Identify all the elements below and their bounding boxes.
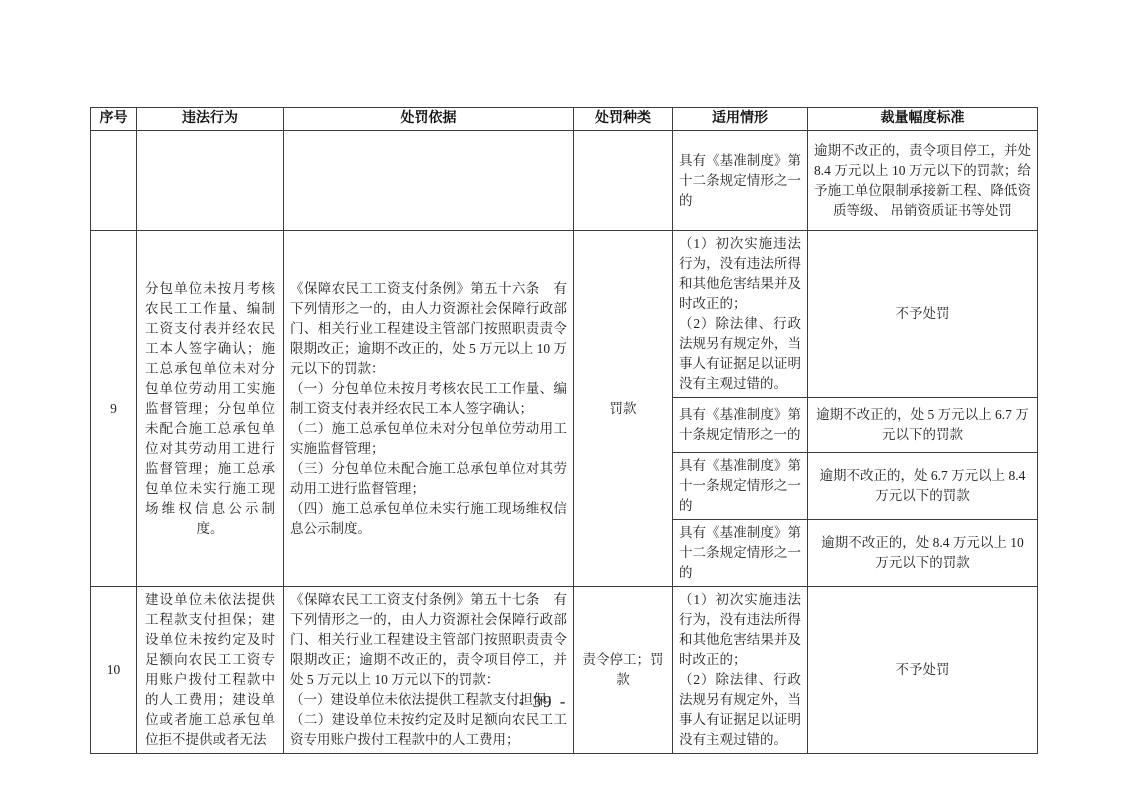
- penalty-rule-table: 序号 违法行为 处罚依据 处罚种类 适用情形 裁量幅度标准 具有《基准制度》第十…: [90, 107, 1038, 754]
- basis-paragraph: 《保障农民工工资支付条例》第五十七条 有下列情形之一的，由人力资源社会保障行政部…: [290, 590, 567, 690]
- basis-paragraph: （一）分包单位未按月考核农民工工作量、编制工资支付表并经农民工本人签字确认；: [290, 379, 567, 419]
- carryover-no-cell: [91, 131, 137, 231]
- carryover-standard-cell: 逾期不改正的，责令项目停工，并处 8.4 万元以上 10 万元以下的罚款；给予施…: [808, 131, 1038, 231]
- basis-paragraph: （二）建设单位未按约定及时足额向农民工工资专用账户拨付工程款中的人工费用；: [290, 710, 567, 750]
- row10-basis-cell: 《保障农民工工资支付条例》第五十七条 有下列情形之一的，由人力资源社会保障行政部…: [284, 587, 574, 754]
- row9-behavior-cell: 分包单位未按月考核农民工工作量、编制工资支付表并经农民工本人签字确认；施工总承包…: [137, 231, 284, 587]
- col-header-no: 序号: [91, 108, 137, 131]
- col-header-situation: 适用情形: [673, 108, 808, 131]
- row9-standard-cell-3: 逾期不改正的，处 6.7 万元以上 8.4 万元以下的罚款: [808, 453, 1038, 520]
- col-header-type: 处罚种类: [574, 108, 673, 131]
- row10-no-cell: 10: [91, 587, 137, 754]
- row-10: 10 建设单位未依法提供工程款支付担保；建设单位未按约定及时足额向农民工工资专用…: [91, 587, 1038, 754]
- row9-situation-cell-1: （1）初次实施违法行为，没有违法所得和其他危害结果并及时改正的； （2）除法律、…: [673, 231, 808, 398]
- basis-paragraph: （三）分包单位未配合施工总承包单位对其劳动用工进行监督管理；: [290, 459, 567, 499]
- row9-situation-cell-4: 具有《基准制度》第十二条规定情形之一的: [673, 520, 808, 587]
- col-header-behavior: 违法行为: [137, 108, 284, 131]
- row10-situation-cell: （1）初次实施违法行为，没有违法所得和其他危害结果并及时改正的； （2）除法律、…: [673, 587, 808, 754]
- col-header-basis: 处罚依据: [284, 108, 574, 131]
- table-header-row: 序号 违法行为 处罚依据 处罚种类 适用情形 裁量幅度标准: [91, 108, 1038, 131]
- row9-situation-cell-3: 具有《基准制度》第十一条规定情形之一的: [673, 453, 808, 520]
- carryover-basis-cell: [284, 131, 574, 231]
- carryover-type-cell: [574, 131, 673, 231]
- situation-paragraph: （1）初次实施违法行为，没有违法所得和其他危害结果并及时改正的；: [679, 590, 801, 670]
- row10-standard-cell: 不予处罚: [808, 587, 1038, 754]
- row9-no-cell: 9: [91, 231, 137, 587]
- row-9-subrow-1: 9 分包单位未按月考核农民工工作量、编制工资支付表并经农民工本人签字确认；施工总…: [91, 231, 1038, 398]
- basis-paragraph: （四）施工总承包单位未实行施工现场维权信息公示制度。: [290, 499, 567, 539]
- col-header-standard: 裁量幅度标准: [808, 108, 1038, 131]
- row10-behavior-cell: 建设单位未依法提供工程款支付担保；建设单位未按约定及时足额向农民工工资专用账户拨…: [137, 587, 284, 754]
- basis-paragraph: （二）施工总承包单位未对分包单位劳动用工实施监督管理；: [290, 419, 567, 459]
- row9-standard-cell-4: 逾期不改正的，处 8.4 万元以上 10 万元以下的罚款: [808, 520, 1038, 587]
- row10-type-cell: 责令停工；罚款: [574, 587, 673, 754]
- situation-paragraph: （2）除法律、行政法规另有规定外，当事人有证据足以证明没有主观过错的。: [679, 314, 801, 394]
- basis-paragraph: 《保障农民工工资支付条例》第五十六条 有下列情形之一的，由人力资源社会保障行政部…: [290, 279, 567, 379]
- row9-type-cell: 罚款: [574, 231, 673, 587]
- row9-standard-cell-1: 不予处罚: [808, 231, 1038, 398]
- page-number: - 39 -: [0, 692, 1086, 712]
- document-page: 序号 违法行为 处罚依据 处罚种类 适用情形 裁量幅度标准 具有《基准制度》第十…: [0, 0, 1122, 793]
- carryover-row: 具有《基准制度》第十二条规定情形之一的 逾期不改正的，责令项目停工，并处 8.4…: [91, 131, 1038, 231]
- row9-situation-cell-2: 具有《基准制度》第十条规定情形之一的: [673, 398, 808, 453]
- row9-standard-cell-2: 逾期不改正的，处 5 万元以上 6.7 万元以下的罚款: [808, 398, 1038, 453]
- carryover-situation-cell: 具有《基准制度》第十二条规定情形之一的: [673, 131, 808, 231]
- row9-basis-cell: 《保障农民工工资支付条例》第五十六条 有下列情形之一的，由人力资源社会保障行政部…: [284, 231, 574, 587]
- situation-paragraph: （1）初次实施违法行为，没有违法所得和其他危害结果并及时改正的；: [679, 234, 801, 314]
- carryover-behavior-cell: [137, 131, 284, 231]
